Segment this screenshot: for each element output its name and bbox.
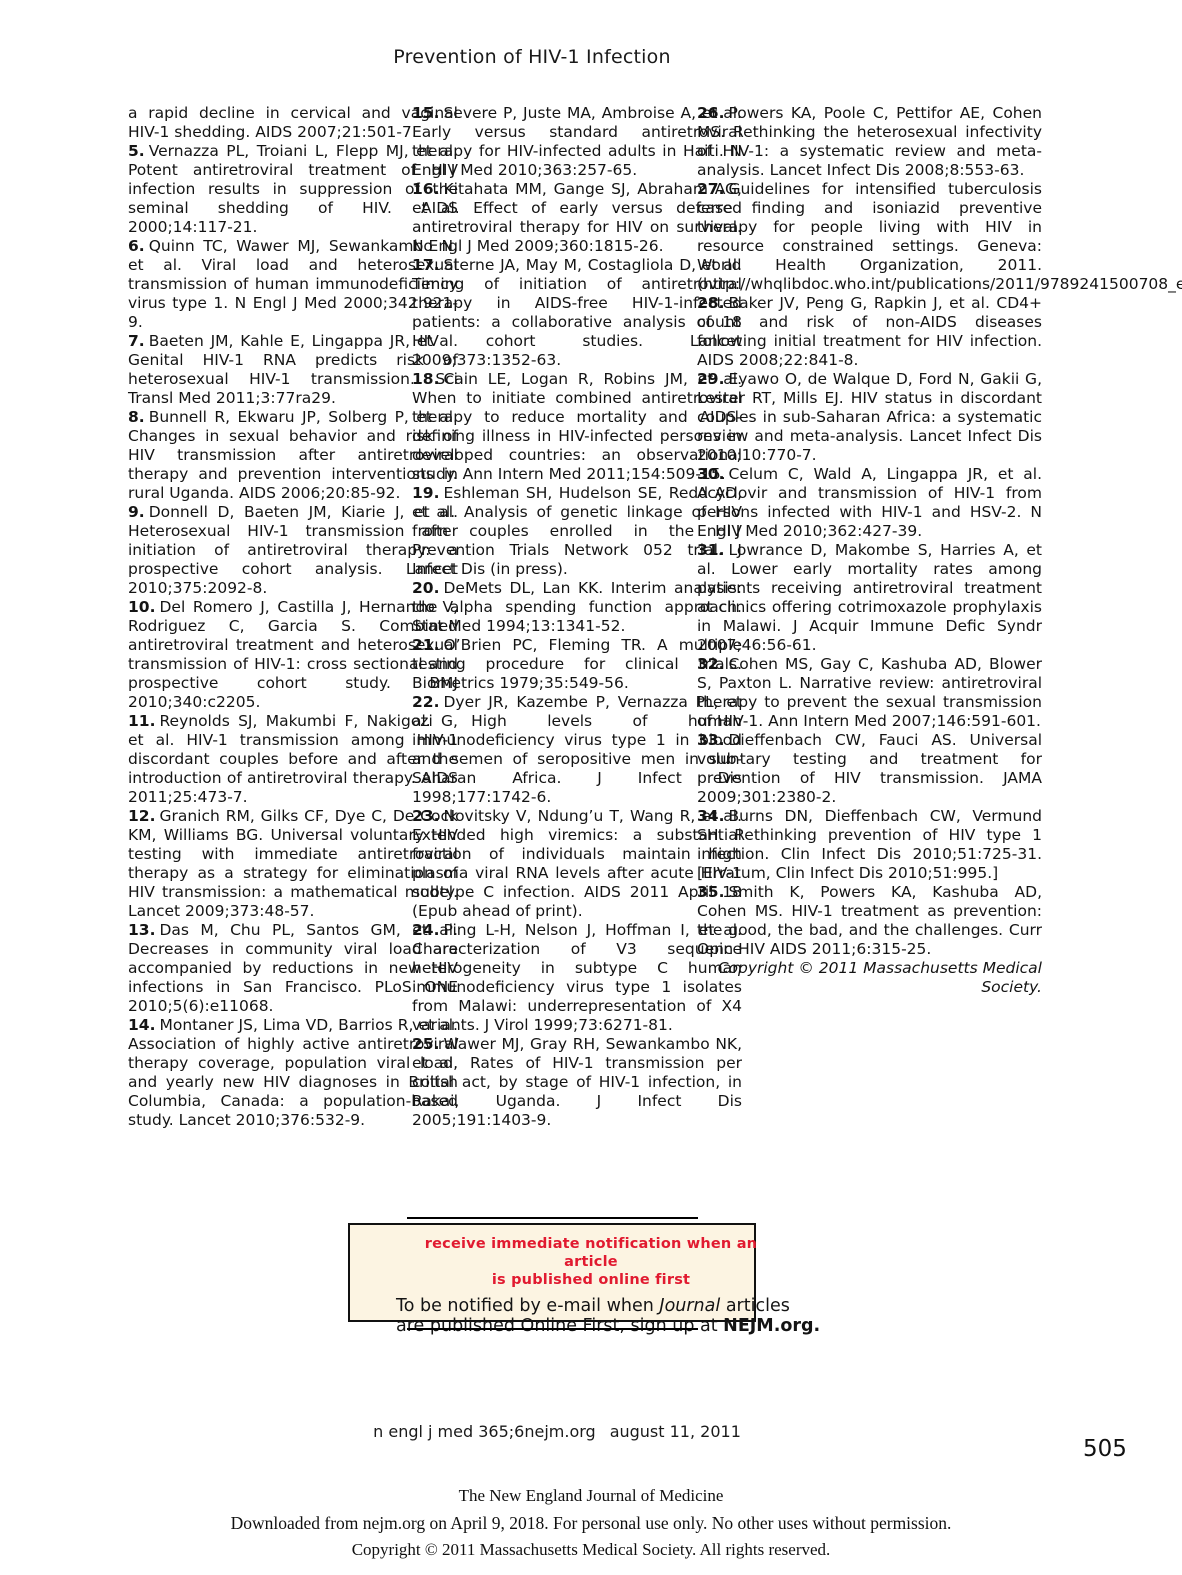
reference-number: 30. — [697, 465, 728, 483]
reference-entry: 25.Wawer MJ, Gray RH, Sewankambo NK, et … — [412, 1035, 742, 1130]
reference-entry: 8.Bunnell R, Ekwaru JP, Solberg P, et al… — [128, 408, 458, 503]
reference-number: 25. — [412, 1035, 443, 1053]
reference-number: 9. — [128, 503, 149, 521]
reference-number: 19. — [412, 484, 443, 502]
reference-number: 10. — [128, 598, 159, 616]
journal-footer-line: n engl j med 365;6nejm.orgaugust 11, 201… — [0, 1422, 1114, 1441]
notice-bottom-rule — [407, 1328, 698, 1330]
reference-number: 11. — [128, 712, 159, 730]
reference-entry: 19.Eshleman SH, Hudelson SE, Redd AD, et… — [412, 484, 742, 579]
notice-black-line-2: are published Online First, sign up at N… — [396, 1316, 786, 1336]
journal-site: nejm.org — [524, 1422, 595, 1441]
reference-number: 29. — [697, 370, 728, 388]
running-head: Prevention of HIV-1 Infection — [0, 46, 1064, 68]
reference-number: 26. — [697, 104, 728, 122]
reference-entry: 6.Quinn TC, Wawer MJ, Sewankambo N, et a… — [128, 237, 458, 332]
reference-entry: 26.Powers KA, Poole C, Pettifor AE, Cohe… — [697, 104, 1042, 180]
reference-number: 22. — [412, 693, 443, 711]
reference-number: 6. — [128, 237, 149, 255]
reference-entry: 34.Burns DN, Dieffenbach CW, Vermund SH.… — [697, 807, 1042, 883]
journal-issue-ref: n engl j med 365;6 — [373, 1422, 524, 1441]
notice-red-line-2: is published online first — [396, 1271, 786, 1289]
reference-number: 18. — [412, 370, 443, 388]
reference-entry: 9.Donnell D, Baeten JM, Kiarie J, et al.… — [128, 503, 458, 598]
reference-entry: 30.Celum C, Wald A, Lingappa JR, et al. … — [697, 465, 1042, 541]
reference-number: 20. — [412, 579, 443, 597]
reference-number: 21. — [412, 636, 443, 654]
reference-entry: 28.Baker JV, Peng G, Rapkin J, et al. CD… — [697, 294, 1042, 370]
references-column-3: 26.Powers KA, Poole C, Pettifor AE, Cohe… — [697, 104, 1042, 997]
copyright-line: Copyright © 2011 Massachusetts Medical S… — [697, 959, 1042, 997]
reference-number: 33. — [697, 731, 728, 749]
notice-top-rule — [407, 1217, 698, 1219]
reference-continuation: a rapid decline in cervical and vaginal … — [128, 104, 458, 142]
reference-entry: 12.Granich RM, Gilks CF, Dye C, De Cock … — [128, 807, 458, 921]
online-first-notice-box: receive immediate notification when an a… — [348, 1223, 756, 1322]
notice-black-line-1: To be notified by e-mail when Journal ar… — [396, 1296, 786, 1316]
reference-number: 7. — [128, 332, 149, 350]
reference-entry: 23.Novitsky V, Ndung’u T, Wang R, et al.… — [412, 807, 742, 921]
reference-number: 32. — [697, 655, 728, 673]
reference-entry: 5.Vernazza PL, Troiani L, Flepp MJ, et a… — [128, 142, 458, 237]
reference-number: 16. — [412, 180, 443, 198]
reference-entry: 32.Cohen MS, Gay C, Kashuba AD, Blower S… — [697, 655, 1042, 731]
journal-word: Journal — [659, 1296, 720, 1316]
reference-number: 28. — [697, 294, 728, 312]
issue-date: august 11, 2011 — [610, 1422, 741, 1441]
provenance-download-notice: Downloaded from nejm.org on April 9, 201… — [0, 1513, 1182, 1534]
reference-number: 24. — [412, 921, 443, 939]
reference-number: 15. — [412, 104, 443, 122]
reference-number: 8. — [128, 408, 149, 426]
references-column-2: 15.Severe P, Juste MA, Ambroise A, et al… — [412, 104, 742, 1130]
references-column-1: a rapid decline in cervical and vaginal … — [128, 104, 458, 1130]
provenance-journal-name: The New England Journal of Medicine — [0, 1486, 1182, 1506]
reference-number: 34. — [697, 807, 728, 825]
reference-entry: 33.Dieffenbach CW, Fauci AS. Universal v… — [697, 731, 1042, 807]
reference-entry: 35.Smith K, Powers KA, Kashuba AD, Cohen… — [697, 883, 1042, 959]
reference-entry: 17.Sterne JA, May M, Costagliola D, et a… — [412, 256, 742, 370]
reference-number: 5. — [128, 142, 149, 160]
reference-number: 23. — [412, 807, 443, 825]
reference-number: 14. — [128, 1016, 159, 1034]
reference-number: 27. — [697, 180, 728, 198]
reference-entry: 31.Lowrance D, Makombe S, Harries A, et … — [697, 541, 1042, 655]
reference-entry: 21.O’Brien PC, Fleming TR. A multiple te… — [412, 636, 742, 693]
reference-number: 31. — [697, 541, 728, 559]
provenance-copyright: Copyright © 2011 Massachusetts Medical S… — [0, 1540, 1182, 1560]
provenance-block: The New England Journal of Medicine Down… — [0, 1486, 1182, 1560]
reference-entry: 18.Cain LE, Logan R, Robins JM, et al. W… — [412, 370, 742, 484]
reference-entry: 29.Eyawo O, de Walque D, Ford N, Gakii G… — [697, 370, 1042, 465]
notice-text: are published Online First, sign up at — [396, 1316, 723, 1336]
reference-entry: 14.Montaner JS, Lima VD, Barrios R, et a… — [128, 1016, 458, 1130]
notice-text: articles — [720, 1296, 790, 1316]
reference-entry: 16.Kitahata MM, Gange SJ, Abraham AG, et… — [412, 180, 742, 256]
reference-entry: 27.Guidelines for intensified tuberculos… — [697, 180, 1042, 294]
reference-entry: 7.Baeten JM, Kahle E, Lingappa JR, et al… — [128, 332, 458, 408]
reference-entry: 11.Reynolds SJ, Makumbi F, Nakigozi G, e… — [128, 712, 458, 807]
reference-number: 17. — [412, 256, 443, 274]
notice-red-line-1: receive immediate notification when an a… — [396, 1235, 786, 1271]
reference-entry: 20.DeMets DL, Lan KK. Interim analysis: … — [412, 579, 742, 636]
reference-entry: 15.Severe P, Juste MA, Ambroise A, et al… — [412, 104, 742, 180]
reference-entry: 13.Das M, Chu PL, Santos GM, et al. Decr… — [128, 921, 458, 1016]
page-number: 505 — [1083, 1436, 1127, 1462]
notice-text: To be notified by e-mail when — [396, 1296, 659, 1316]
reference-number: 35. — [697, 883, 728, 901]
reference-entry: 22.Dyer JR, Kazembe P, Vernazza PL, et a… — [412, 693, 742, 807]
reference-entry: 10.Del Romero J, Castilla J, Hernando V,… — [128, 598, 458, 712]
reference-number: 12. — [128, 807, 159, 825]
reference-entry: 24.Ping L-H, Nelson J, Hoffman I, et al.… — [412, 921, 742, 1035]
nejm-org-label: NEJM.org. — [723, 1316, 820, 1336]
reference-number: 13. — [128, 921, 159, 939]
